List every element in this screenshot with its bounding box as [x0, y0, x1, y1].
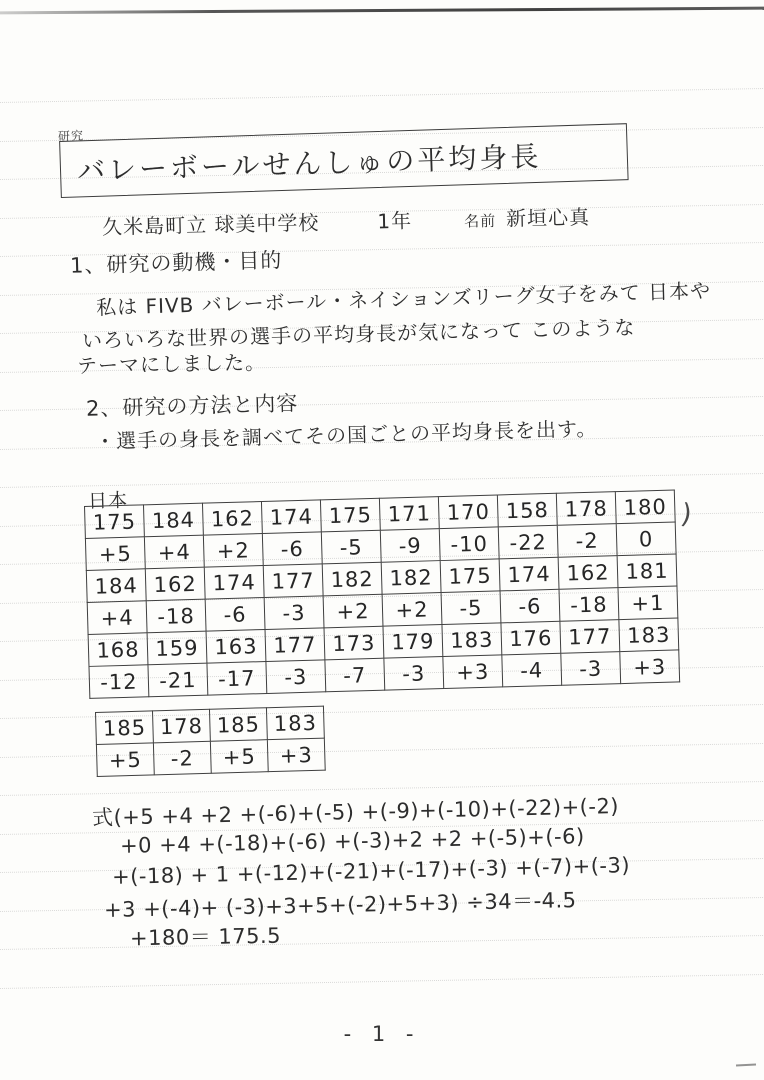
table-cell: 183 — [266, 706, 324, 740]
table-cell: 183 — [442, 623, 502, 657]
page-number: - 1 - — [0, 1022, 764, 1046]
table-cell: 181 — [617, 554, 677, 588]
table-cell: -3 — [561, 652, 621, 686]
table-cell: 162 — [202, 502, 262, 536]
section1-heading: 1、研究の動機・目的 — [70, 244, 283, 280]
table-cell: 182 — [322, 562, 382, 596]
section2-heading: 2、研究の方法と内容 — [86, 387, 299, 423]
formula-line3: +(-18) + 1 +(-12)+(-21)+(-17)+(-3) +(-7)… — [112, 853, 630, 889]
ruled-line — [0, 781, 764, 797]
table-cell: 184 — [143, 503, 203, 537]
table-cell: +3 — [620, 650, 680, 684]
table-cell: -10 — [439, 527, 499, 561]
table-cell: -3 — [384, 657, 444, 691]
table-cell: 159 — [147, 631, 207, 665]
table-cell: 168 — [88, 633, 148, 667]
table-cell: -3 — [264, 596, 324, 630]
title-box: バレーボールせんしゅの平均身長 — [59, 123, 629, 198]
table-cell: 178 — [556, 492, 616, 526]
formula-line5: +180＝ 175.5 — [130, 920, 281, 953]
stray-paren-mark: ) — [679, 498, 695, 530]
table-cell: +2 — [323, 594, 383, 628]
table-cell: +3 — [443, 655, 503, 689]
table-cell: -9 — [380, 529, 440, 563]
author-name: 新垣心真 — [506, 201, 591, 232]
japan-table-extra-body: 185178185183+5-2+5+3 — [96, 706, 326, 776]
table-cell: 180 — [615, 490, 675, 524]
scan-tick-artifact — [736, 1063, 756, 1066]
table-cell: 175 — [320, 498, 380, 532]
table-cell: -12 — [89, 665, 149, 699]
table-cell: -6 — [500, 589, 560, 623]
table-cell: 173 — [324, 626, 384, 660]
table-cell: +5 — [85, 537, 145, 571]
table-cell: 170 — [438, 495, 498, 529]
table-cell: 176 — [501, 621, 561, 655]
japan-height-table: 175184162174175171170158178180+5+4+2-6-5… — [84, 489, 680, 698]
table-cell: 175 — [440, 559, 500, 593]
table-cell: 178 — [152, 709, 210, 743]
table-cell: 175 — [85, 505, 145, 539]
japan-height-table-extra: 185178185183+5-2+5+3 — [95, 706, 326, 777]
table-cell: 0 — [616, 522, 676, 556]
table-cell: +3 — [267, 738, 325, 772]
table-cell: -2 — [557, 524, 617, 558]
grade: 1年 — [377, 205, 412, 235]
ruled-line — [0, 88, 764, 104]
table-cell: -5 — [321, 530, 381, 564]
table-cell: +5 — [210, 740, 268, 774]
section1-line3: テーマにしました。 — [77, 346, 267, 379]
table-cell: 179 — [383, 625, 443, 659]
table-row: +5-2+5+3 — [96, 738, 325, 776]
scanned-document-page: 研究 バレーボールせんしゅの平均身長 久米島町立 球美中学校 1年 名前 新垣心… — [0, 0, 764, 1080]
table-cell: -21 — [148, 663, 208, 697]
table-cell: 174 — [261, 500, 321, 534]
school-name: 久米島町立 球美中学校 — [102, 207, 320, 241]
table-cell: 177 — [560, 620, 620, 654]
table-cell: -6 — [205, 598, 265, 632]
table-cell: -4 — [502, 653, 562, 687]
table-cell: 162 — [558, 556, 618, 590]
table-cell: 182 — [381, 561, 441, 595]
table-cell: -2 — [153, 741, 211, 775]
name-label: 名前 — [464, 210, 496, 232]
table-cell: -7 — [325, 658, 385, 692]
table-cell: 185 — [209, 708, 267, 742]
table-cell: 184 — [86, 569, 146, 603]
table-cell: -5 — [441, 591, 501, 625]
formula-line4: +3 +(-4)+ (-3)+3+5+(-2)+5+3) ÷34＝-4.5 — [104, 884, 577, 924]
document-title: バレーボールせんしゅの平均身長 — [60, 134, 541, 189]
table-cell: 174 — [499, 557, 559, 591]
table-cell: -18 — [146, 599, 206, 633]
table-cell: 158 — [497, 493, 557, 527]
table-cell: 163 — [206, 629, 266, 663]
table-cell: -18 — [559, 588, 619, 622]
table-cell: 185 — [96, 711, 154, 745]
ruled-line — [0, 973, 764, 989]
table-cell: 177 — [265, 628, 325, 662]
byline: 久米島町立 球美中学校 1年 名前 新垣心真 — [102, 201, 591, 240]
table-cell: +4 — [144, 535, 204, 569]
table-cell: 174 — [204, 566, 264, 600]
table-cell: +2 — [382, 593, 442, 627]
table-cell: -3 — [266, 660, 326, 694]
table-cell: 171 — [379, 497, 439, 531]
scan-edge-artifact — [0, 7, 764, 15]
table-cell: 177 — [263, 564, 323, 598]
table-cell: -17 — [207, 661, 267, 695]
table-cell: -22 — [498, 525, 558, 559]
table-cell: 183 — [619, 618, 679, 652]
table-cell: 162 — [145, 567, 205, 601]
table-cell: -6 — [262, 532, 322, 566]
japan-table-body: 175184162174175171170158178180+5+4+2-6-5… — [85, 490, 680, 698]
table-cell: +1 — [618, 586, 678, 620]
table-cell: +5 — [96, 743, 154, 777]
table-cell: +4 — [87, 601, 147, 635]
table-cell: +2 — [203, 534, 263, 568]
ruled-line — [0, 935, 764, 951]
